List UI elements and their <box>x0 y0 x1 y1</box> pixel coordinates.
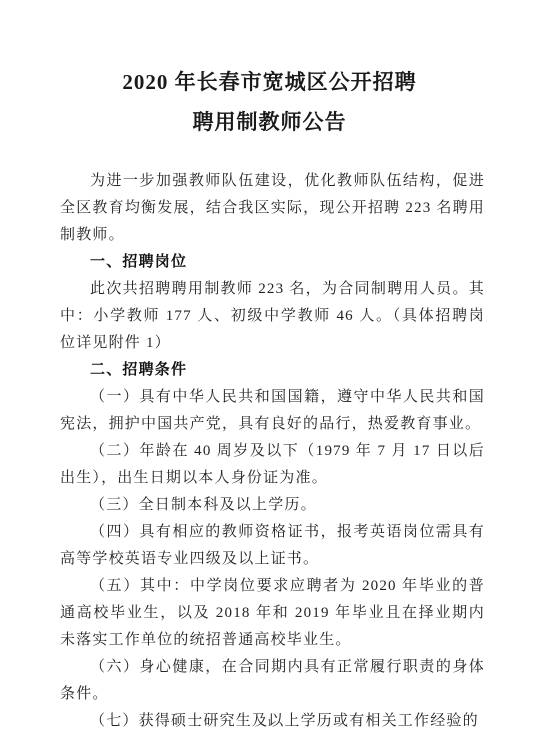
document-paragraph: （三）全日制本科及以上学历。 <box>60 492 485 519</box>
document-paragraph: （一）具有中华人民共和国国籍，遵守中华人民共和国宪法，拥护中国共产党，具有良好的… <box>60 384 485 438</box>
section-heading: 一、招聘岗位 <box>60 249 485 276</box>
document-title-line-1: 2020 年长春市宽城区公开招聘 <box>0 62 539 102</box>
document-paragraph: （四）具有相应的教师资格证书，报考英语岗位需具有高等学校英语专业四级及以上证书。 <box>60 519 485 573</box>
document-paragraph: （六）身心健康，在合同期内具有正常履行职责的身体条件。 <box>60 654 485 708</box>
document-paragraph: （五）其中：中学岗位要求应聘者为 2020 年毕业的普通高校毕业生，以及 201… <box>60 573 485 654</box>
document-page: 2020 年长春市宽城区公开招聘 聘用制教师公告 为进一步加强教师队伍建设，优化… <box>0 0 539 751</box>
document-title-line-2: 聘用制教师公告 <box>0 102 539 142</box>
page-number: 1 <box>0 718 539 729</box>
document-paragraph: 此次共招聘聘用制教师 223 名，为合同制聘用人员。其中：小学教师 177 人、… <box>60 276 485 357</box>
document-title: 2020 年长春市宽城区公开招聘 聘用制教师公告 <box>0 0 539 142</box>
document-body: 为进一步加强教师队伍建设，优化教师队伍结构，促进全区教育均衡发展，结合我区实际，… <box>60 168 485 735</box>
document-paragraph: 为进一步加强教师队伍建设，优化教师队伍结构，促进全区教育均衡发展，结合我区实际，… <box>60 168 485 249</box>
document-paragraph: （二）年龄在 40 周岁及以下（1979 年 7 月 17 日以后出生），出生日… <box>60 438 485 492</box>
section-heading: 二、招聘条件 <box>60 357 485 384</box>
